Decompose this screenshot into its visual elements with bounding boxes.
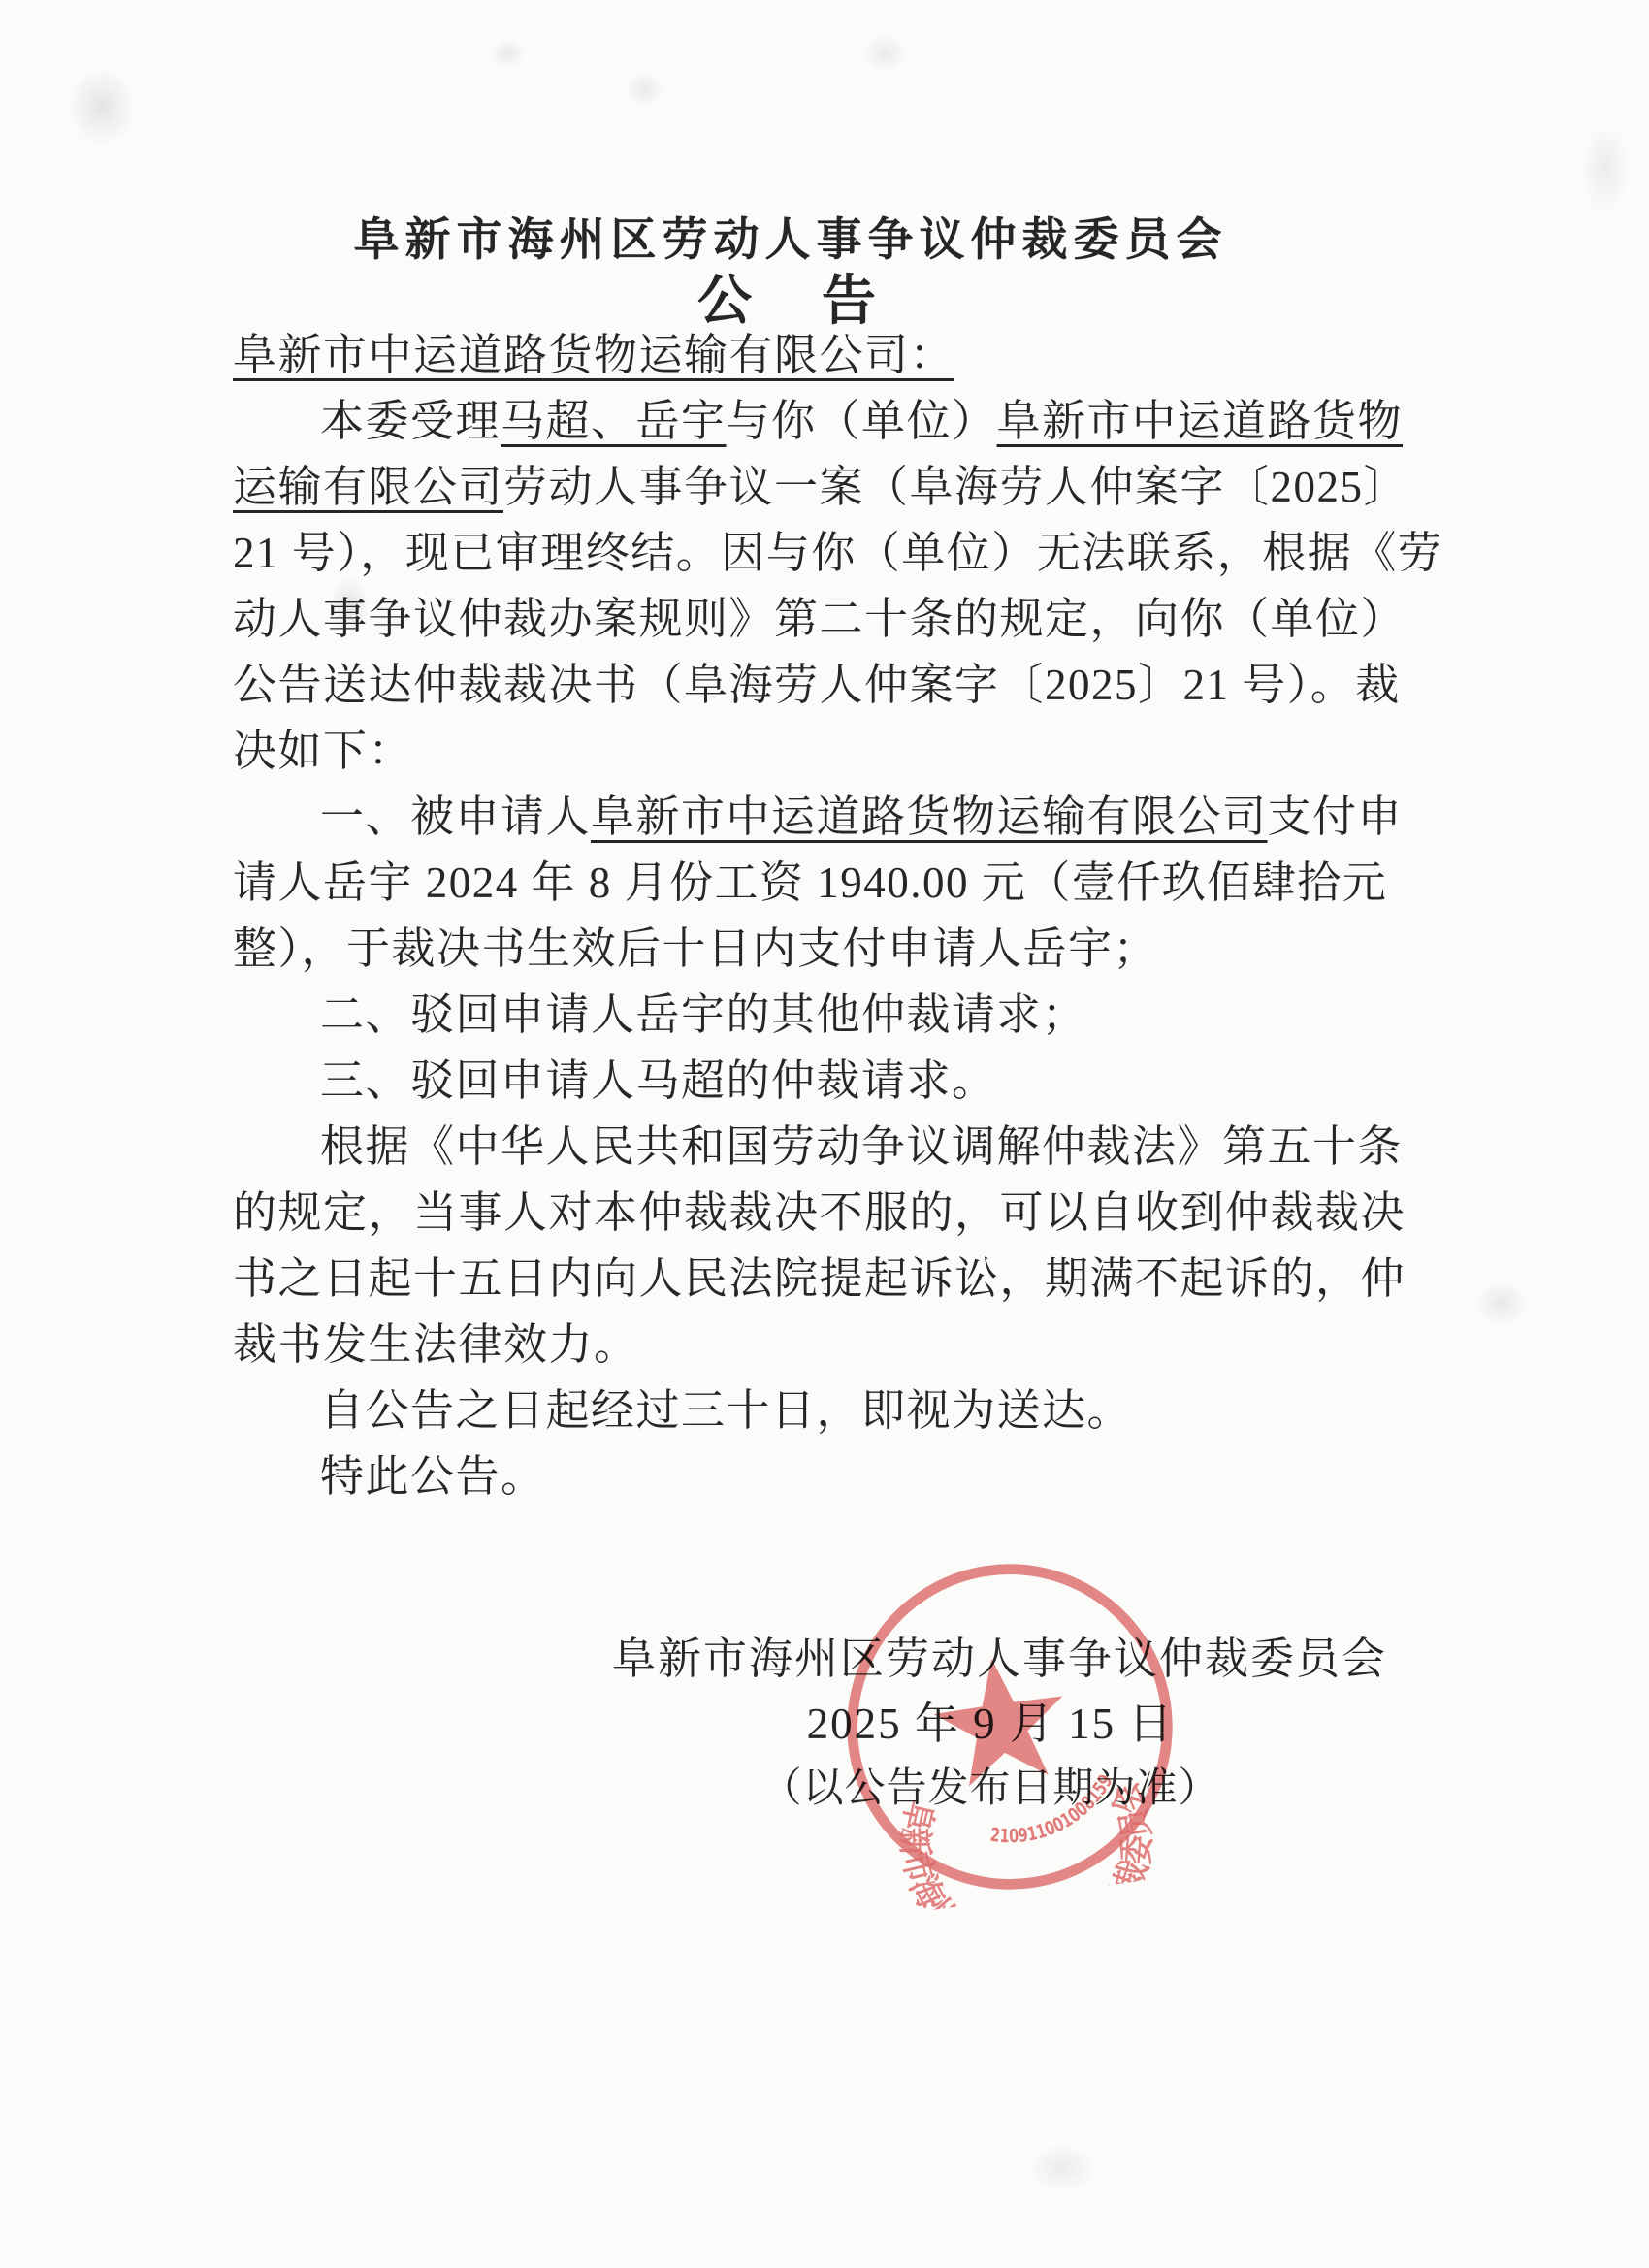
body-line: 决如下： bbox=[233, 718, 1382, 784]
body-text: 自公告之日起经过三十日，即视为送达。 bbox=[320, 1386, 1132, 1435]
scan-artifact bbox=[68, 68, 136, 146]
body-line: 书之日起十五日内向人民法院提起诉讼，期满不起诉的，仲 bbox=[233, 1246, 1382, 1312]
body-text: 公告送达仲裁裁决书（阜海劳人仲案字〔2025〕21 号）。裁 bbox=[233, 661, 1401, 709]
body-text: 劳动人事争议一案（阜海劳人仲案字〔2025〕 bbox=[503, 463, 1408, 511]
body-line: 裁书发生法律效力。 bbox=[233, 1312, 1382, 1377]
underlined-text: 阜新市中运道路货物 bbox=[997, 397, 1404, 445]
underlined-text: 马超、岳宇 bbox=[501, 397, 727, 445]
body-text: 动人事争议仲裁办案规则》第二十条的规定，向你（单位） bbox=[233, 595, 1406, 643]
body-line: 公告送达仲裁裁决书（阜海劳人仲案字〔2025〕21 号）。裁 bbox=[233, 652, 1382, 718]
body-line: 动人事争议仲裁办案规则》第二十条的规定，向你（单位） bbox=[233, 586, 1382, 652]
underlined-text: 阜新市中运道路货物运输有限公司 bbox=[591, 793, 1268, 841]
underlined-text: 运输有限公司 bbox=[233, 463, 503, 511]
body-text: 裁书发生法律效力。 bbox=[233, 1320, 639, 1369]
body-line: 特此公告。 bbox=[233, 1443, 1382, 1509]
body-text: 书之日起十五日内向人民法院提起诉讼，期满不起诉的，仲 bbox=[233, 1254, 1406, 1303]
body-line: 请人岳宇 2024 年 8 月份工资 1940.00 元（壹仟玖佰肆拾元 bbox=[233, 850, 1382, 916]
scan-artifact bbox=[1028, 2144, 1096, 2192]
scan-artifact bbox=[490, 39, 525, 68]
scan-artifact bbox=[626, 73, 664, 106]
body-line: 自公告之日起经过三十日，即视为送达。 bbox=[233, 1377, 1382, 1443]
body-text: 与你（单位） bbox=[727, 397, 997, 445]
scan-artifact bbox=[1581, 126, 1630, 213]
scan-artifact bbox=[863, 34, 908, 73]
announcement-body: 阜新市中运道路货物运输有限公司：本委受理马超、岳宇与你（单位）阜新市中运道路货物… bbox=[233, 322, 1382, 1509]
body-text: 一、被申请人 bbox=[320, 793, 591, 841]
scan-artifact bbox=[1474, 1280, 1529, 1327]
svg-text:210911001008159: 210911001008159 bbox=[981, 1768, 1124, 1852]
body-line: 整），于裁决书生效后十日内支付申请人岳宇； bbox=[233, 916, 1382, 982]
body-text: 三、驳回申请人马超的仲裁请求。 bbox=[320, 1056, 997, 1105]
body-text: 支付申 bbox=[1268, 793, 1404, 841]
official-seal: 阜新市海州区劳动人事争议仲裁委员会 210911001008159 bbox=[814, 1534, 1206, 1920]
body-text: 二、驳回申请人岳宇的其他仲裁请求； bbox=[320, 990, 1087, 1039]
body-line: 阜新市中运道路货物运输有限公司： bbox=[233, 322, 1382, 388]
underlined-text: 阜新市中运道路货物运输有限公司： bbox=[233, 331, 954, 379]
body-text: 的规定，当事人对本仲裁裁决不服的，可以自收到仲裁裁决 bbox=[233, 1188, 1406, 1237]
document-page: 阜新市海州区劳动人事争议仲裁委员会 公 告 阜新市中运道路货物运输有限公司：本委… bbox=[0, 0, 1649, 2268]
body-line: 根据《中华人民共和国劳动争议调解仲裁法》第五十条 bbox=[233, 1114, 1382, 1180]
body-line: 一、被申请人阜新市中运道路货物运输有限公司支付申 bbox=[233, 784, 1382, 850]
body-line: 运输有限公司劳动人事争议一案（阜海劳人仲案字〔2025〕 bbox=[233, 454, 1382, 520]
body-line: 21 号），现已审理终结。因与你（单位）无法联系，根据《劳 bbox=[233, 520, 1382, 586]
body-line: 本委受理马超、岳宇与你（单位）阜新市中运道路货物 bbox=[233, 388, 1382, 454]
seal-code: 210911001008159 bbox=[981, 1768, 1124, 1852]
body-text: 本委受理 bbox=[320, 397, 501, 445]
body-text: 21 号），现已审理终结。因与你（单位）无法联系，根据《劳 bbox=[233, 529, 1442, 577]
body-line: 二、驳回申请人岳宇的其他仲裁请求； bbox=[233, 982, 1382, 1048]
body-text: 根据《中华人民共和国劳动争议调解仲裁法》第五十条 bbox=[320, 1122, 1403, 1171]
body-line: 三、驳回申请人马超的仲裁请求。 bbox=[233, 1048, 1382, 1114]
body-line: 的规定，当事人对本仲裁裁决不服的，可以自收到仲裁裁决 bbox=[233, 1180, 1382, 1246]
seal-star-icon bbox=[927, 1649, 1073, 1790]
body-text: 特此公告。 bbox=[320, 1452, 546, 1501]
body-text: 决如下： bbox=[233, 727, 413, 775]
body-text: 请人岳宇 2024 年 8 月份工资 1940.00 元（壹仟玖佰肆拾元 bbox=[233, 859, 1387, 907]
body-text: 整），于裁决书生效后十日内支付申请人岳宇； bbox=[233, 924, 1158, 973]
